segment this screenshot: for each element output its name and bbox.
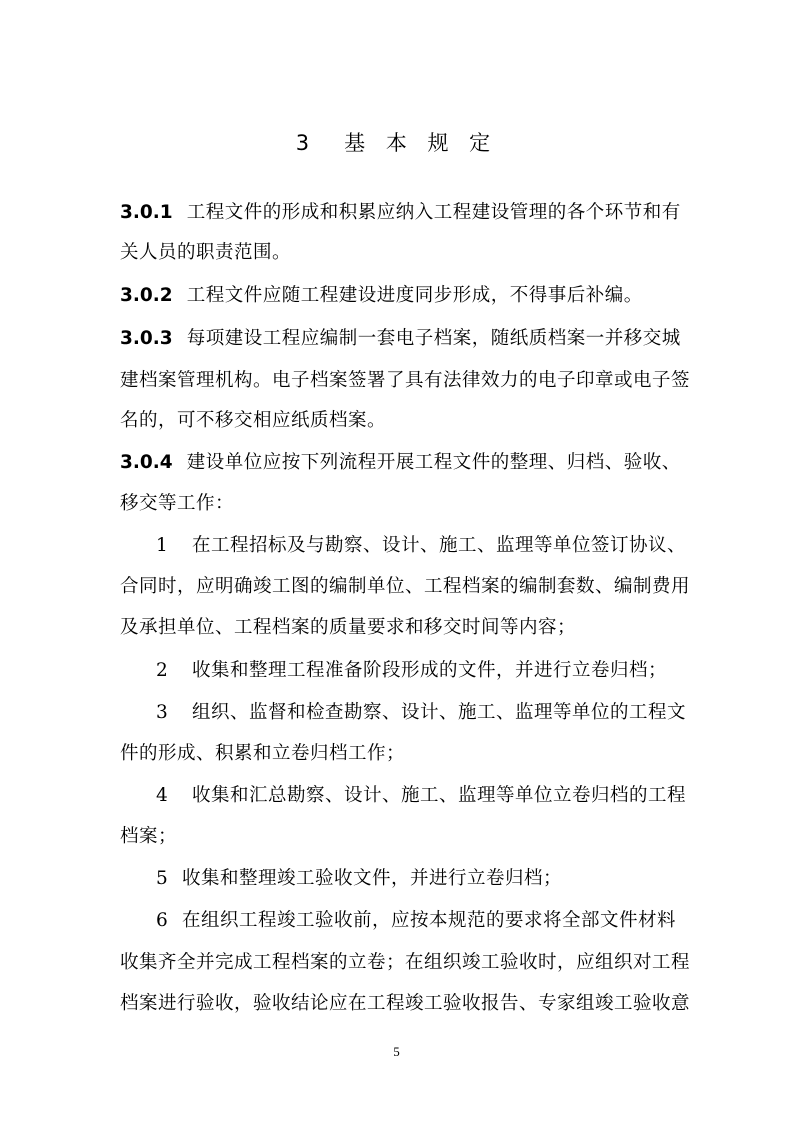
item-number: 1 bbox=[156, 533, 192, 559]
clause-3-0-4-cont: 移交等工作： bbox=[120, 491, 680, 517]
item-text: 收集和整理工程准备阶段形成的文件，并进行立卷归档； bbox=[192, 660, 667, 681]
list-item-2: 2收集和整理工程准备阶段形成的文件，并进行立卷归档； bbox=[120, 658, 680, 684]
item-number: 2 bbox=[156, 658, 192, 684]
item-number: 6 bbox=[156, 908, 182, 934]
list-item-3-cont: 件的形成、积累和立卷归档工作； bbox=[120, 741, 680, 767]
clause-text: 每项建设工程应编制一套电子档案，随纸质档案一并移交城 bbox=[187, 328, 681, 349]
clause-text: 工程文件的形成和积累应纳入工程建设管理的各个环节和有 bbox=[187, 202, 681, 223]
clause-3-0-1: 3.0.1工程文件的形成和积累应纳入工程建设管理的各个环节和有 bbox=[120, 200, 680, 226]
clause-text: 建设单位应按下列流程开展工程文件的整理、归档、验收、 bbox=[187, 452, 681, 473]
item-number: 4 bbox=[156, 783, 192, 809]
item-text: 组织、监督和检查勘察、设计、施工、监理等单位的工程文 bbox=[192, 702, 686, 723]
item-text: 在组织工程竣工验收前，应按本规范的要求将全部文件材料 bbox=[182, 910, 676, 931]
list-item-6-cont-1: 收集齐全并完成工程档案的立卷；在组织竣工验收时，应组织对工程 bbox=[120, 950, 680, 976]
page-number: 5 bbox=[0, 1044, 793, 1060]
clause-number: 3.0.3 bbox=[120, 328, 173, 349]
clause-3-0-3: 3.0.3每项建设工程应编制一套电子档案，随纸质档案一并移交城 bbox=[120, 326, 680, 352]
clause-number: 3.0.4 bbox=[120, 452, 173, 473]
list-item-4: 4收集和汇总勘察、设计、施工、监理等单位立卷归档的工程 bbox=[120, 783, 680, 809]
section-title: 3 基 本 规 定 bbox=[0, 128, 793, 158]
clause-number: 3.0.2 bbox=[120, 285, 173, 306]
item-number: 5 bbox=[156, 866, 182, 892]
list-item-3: 3组织、监督和检查勘察、设计、施工、监理等单位的工程文 bbox=[120, 700, 680, 726]
clause-text: 工程文件应随工程建设进度同步形成，不得事后补编。 bbox=[187, 285, 643, 306]
list-item-5: 5收集和整理竣工验收文件，并进行立卷归档； bbox=[120, 866, 680, 892]
clause-3-0-3-cont-2: 名的，可不移交相应纸质档案。 bbox=[120, 408, 680, 434]
clause-3-0-2: 3.0.2工程文件应随工程建设进度同步形成，不得事后补编。 bbox=[120, 283, 680, 309]
list-item-6-cont-2: 档案进行验收，验收结论应在工程竣工验收报告、专家组竣工验收意 bbox=[120, 991, 680, 1017]
item-text: 收集和整理竣工验收文件，并进行立卷归档； bbox=[182, 868, 562, 889]
clause-number: 3.0.1 bbox=[120, 202, 173, 223]
list-item-6: 6在组织工程竣工验收前，应按本规范的要求将全部文件材料 bbox=[120, 908, 680, 934]
document-page: 3 基 本 规 定 3.0.1工程文件的形成和积累应纳入工程建设管理的各个环节和… bbox=[0, 0, 793, 1122]
item-text: 收集和汇总勘察、设计、施工、监理等单位立卷归档的工程 bbox=[192, 785, 686, 806]
list-item-1-cont-1: 合同时，应明确竣工图的编制单位、工程档案的编制套数、编制费用 bbox=[120, 574, 680, 600]
list-item-1: 1在工程招标及与勘察、设计、施工、监理等单位签订协议、 bbox=[120, 533, 680, 559]
item-text: 在工程招标及与勘察、设计、施工、监理等单位签订协议、 bbox=[192, 535, 686, 556]
clause-3-0-1-cont: 关人员的职责范围。 bbox=[120, 240, 680, 266]
item-number: 3 bbox=[156, 700, 192, 726]
list-item-1-cont-2: 及承担单位、工程档案的质量要求和移交时间等内容； bbox=[120, 615, 680, 641]
clause-3-0-3-cont-1: 建档案管理机构。电子档案签署了具有法律效力的电子印章或电子签 bbox=[120, 368, 680, 394]
list-item-4-cont: 档案； bbox=[120, 824, 680, 850]
clause-3-0-4: 3.0.4建设单位应按下列流程开展工程文件的整理、归档、验收、 bbox=[120, 450, 680, 476]
